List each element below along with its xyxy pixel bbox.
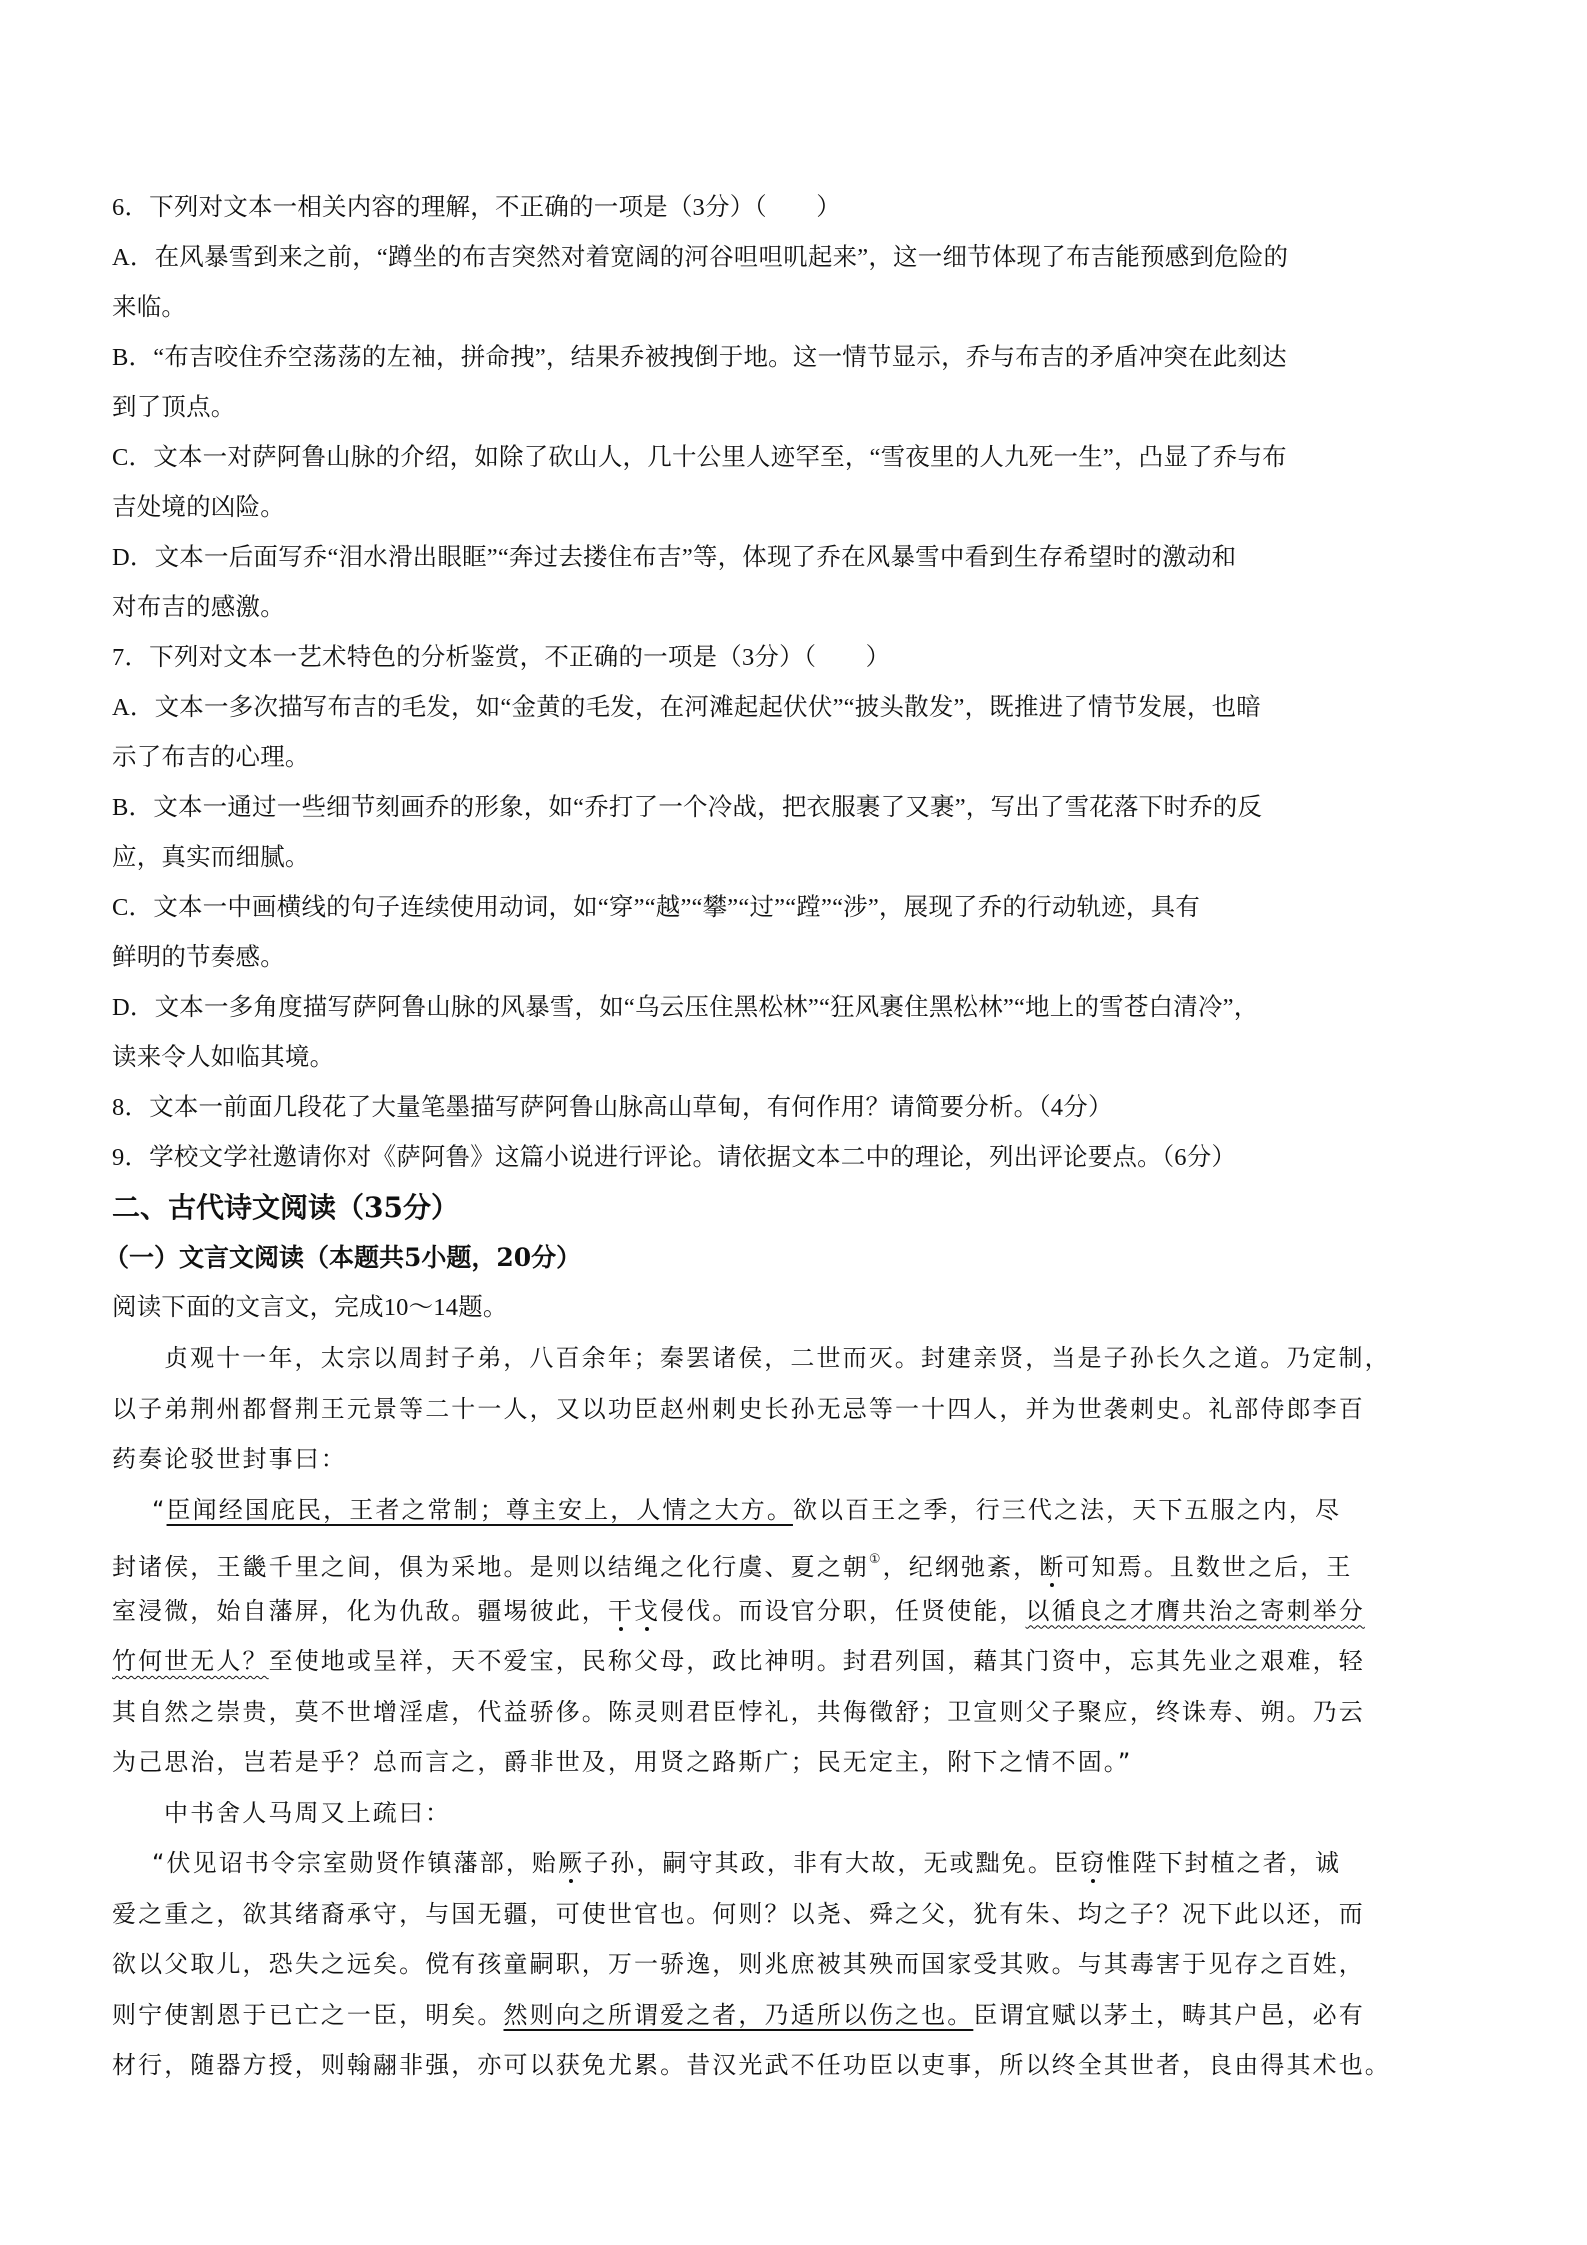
text-run: 封诸侯，王畿千里之间，俱为采地。是则以结绳之化行虞、夏之朝 [112,1553,869,1581]
question-6-option-a-line2: 来临。 [112,283,1474,333]
question-6: 6．下列对文本一相关内容的理解，不正确的一项是（3分）（ ） A．在风暴雪到来之… [112,183,1474,633]
text-run: 侵伐。而设官分职，任贤使能， [660,1597,1025,1625]
section-2-title: 二、古代诗文阅读（35分） [112,1183,1474,1233]
passage-p2-line1: “臣闻经国庇民，王者之常制；尊主安上，人情之大方。欲以百王之季，行三代之法，天下… [112,1485,1474,1536]
passage-p4-line4: 则宁使割恩于已亡之一臣，明矣。然则向之所谓爱之者，乃适所以伤之也。臣谓宜赋以茅土… [112,1990,1474,2041]
question-7-option-b-line2: 应，真实而细腻。 [112,833,1474,883]
question-6-stem: 6．下列对文本一相关内容的理解，不正确的一项是（3分）（ ） [112,183,1474,233]
passage-p1-line1: 贞观十一年，太宗以周封子弟，八百余年；秦罢诸侯，二世而灭。封建亲贤，当是子孙长久… [112,1333,1474,1384]
question-6-option-d-line1: D．文本一后面写乔“泪水滑出眼眶”“奔过去搂住布吉”等，体现了乔在风暴雪中看到生… [112,533,1474,583]
text-run: 室浸微，始自藩屏，化为仇敌。疆埸彼此， [112,1597,608,1625]
text-run: 子孙，嗣守其政，非有大故，无或黜免。臣 [584,1849,1080,1877]
question-6-option-c-line2: 吉处境的凶险。 [112,483,1474,533]
section-2-instruction: 阅读下面的文言文，完成10～14题。 [112,1283,1474,1333]
passage-p2-line6: 为己思治，岂若是乎？总而言之，爵非世及，用贤之路斯广；民无定主，附下之情不固。” [112,1737,1474,1788]
passage-p3-line1: 中书舍人马周又上疏曰： [112,1788,1474,1839]
underlined-sentence-2: 然则向之所谓爱之者，乃适所以伤之也。 [504,2001,974,2029]
text-run: 臣谓宜赋以茅土，畴其户邑，必有 [973,2001,1365,2029]
question-7-option-d-line2: 读来令人如临其境。 [112,1033,1474,1083]
question-6-option-b-line1: B．“布吉咬住乔空荡荡的左袖，拼命拽”，结果乔被拽倒于地。这一情节显示，乔与布吉… [112,333,1474,383]
question-7-option-a-line2: 示了布吉的心理。 [112,733,1474,783]
text-run: ，纪纲弛紊， [883,1553,1040,1581]
question-7-option-c-line1: C．文本一中画横线的句子连续使用动词，如“穿”“越”“攀”“过”“蹚”“涉”，展… [112,883,1474,933]
text-run: 惟陛下封植之者，诚 [1106,1849,1341,1877]
question-6-option-c-line1: C．文本一对萨阿鲁山脉的介绍，如除了砍山人，几十公里人迹罕至，“雪夜里的人九死一… [112,433,1474,483]
emphasis-dotted-char: 戈 [634,1597,660,1625]
question-7-stem: 7．下列对文本一艺术特色的分析鉴赏，不正确的一项是（3分）（ ） [112,633,1474,683]
emphasis-dotted-char: 断 [1039,1553,1065,1581]
emphasis-dotted-char: 干 [608,1597,634,1625]
passage-p2-line5: 其自然之崇贵，莫不世增淫虐，代益骄侈。陈灵则君臣悖礼，共侮徵舒；卫宣则父子聚应，… [112,1687,1474,1738]
footnote-marker-1: ① [869,1552,883,1567]
question-7-option-a-line1: A．文本一多次描写布吉的毛发，如“金黄的毛发，在河滩起起伏伏”“披头散发”，既推… [112,683,1474,733]
question-6-option-b-line2: 到了顶点。 [112,383,1474,433]
question-7-option-b-line1: B．文本一通过一些细节刻画乔的形象，如“乔打了一个冷战，把衣服裹了又裹”，写出了… [112,783,1474,833]
text-run: 欲以百王之季，行三代之法，天下五服之内，尽 [793,1496,1341,1524]
question-7-option-d-line1: D．文本一多角度描写萨阿鲁山脉的风暴雪，如“乌云压住黑松林”“狂风裹住黑松林”“… [112,983,1474,1033]
passage-p4-line5: 材行，随器方授，则翰翮非强，亦可以获免尤累。昔汉光武不任功臣以吏事，所以终全其世… [112,2040,1474,2091]
wavy-underlined-sentence: 以循良之才膺共治之寄刺举分 [1026,1597,1365,1625]
question-7: 7．下列对文本一艺术特色的分析鉴赏，不正确的一项是（3分）（ ） A．文本一多次… [112,633,1474,1083]
passage-p4-line3: 欲以父取儿，恐失之远矣。傥有孩童嗣职，万一骄逸，则兆庶被其殃而国家受其败。与其毒… [112,1939,1474,1990]
open-quote: “ [152,1496,167,1524]
passage-p4-line2: 爱之重之，欲其绪裔承守，与国无疆，可使世官也。何则？以尧、舜之父，犹有朱、均之子… [112,1889,1474,1940]
passage-p2-line4: 竹何世无人？至使地或呈祥，天不爱宝，民称父母，政比神明。封君列国，藉其门资中，忘… [112,1636,1474,1687]
emphasis-dotted-char: 厥 [558,1849,584,1877]
text-run: 至使地或呈祥，天不爱宝，民称父母，政比神明。封君列国，藉其门资中，忘其先业之艰难… [269,1647,1365,1675]
question-6-option-a-line1: A．在风暴雪到来之前，“蹲坐的布吉突然对着宽阔的河谷呾呾叽起来”，这一细节体现了… [112,233,1474,283]
passage-p2-line3: 室浸微，始自藩屏，化为仇敌。疆埸彼此，干戈侵伐。而设官分职，任贤使能，以循良之才… [112,1586,1474,1637]
passage-p1-line3: 药奏论驳世封事曰： [112,1434,1474,1485]
passage-p4-line1: “伏见诏书令宗室勋贤作镇藩部，贻厥子孙，嗣守其政，非有大故，无或黜免。臣窃惟陛下… [112,1838,1474,1889]
passage-p2-line2: 封诸侯，王畿千里之间，俱为采地。是则以结绳之化行虞、夏之朝①，纪纲弛紊，断可知焉… [112,1535,1474,1586]
classical-passage: 贞观十一年，太宗以周封子弟，八百余年；秦罢诸侯，二世而灭。封建亲贤，当是子孙长久… [112,1333,1474,2091]
exam-page: 6．下列对文本一相关内容的理解，不正确的一项是（3分）（ ） A．在风暴雪到来之… [112,183,1474,2091]
text-run: “伏见诏书令宗室勋贤作镇藩部，贻 [152,1849,558,1877]
wavy-underlined-sentence-cont: 竹何世无人？ [112,1647,269,1675]
question-7-option-c-line2: 鲜明的节奏感。 [112,933,1474,983]
underlined-sentence-1: 臣闻经国庇民，王者之常制；尊主安上，人情之大方。 [167,1496,793,1524]
text-run: 可知焉。且数世之后，王 [1065,1553,1352,1581]
question-6-option-d-line2: 对布吉的感激。 [112,583,1474,633]
section-2-subtitle: （一）文言文阅读（本题共5小题，20分） [104,1233,1474,1283]
passage-p1-line2: 以子弟荆州都督荆王元景等二十一人，又以功臣赵州刺史长孙无忌等一十四人，并为世袭刺… [112,1384,1474,1435]
emphasis-dotted-char: 窃 [1080,1849,1106,1877]
text-run: 则宁使割恩于已亡之一臣，明矣。 [112,2001,504,2029]
question-9: 9．学校文学社邀请你对《萨阿鲁》这篇小说进行评论。请依据文本二中的理论，列出评论… [112,1133,1474,1183]
question-8: 8．文本一前面几段花了大量笔墨描写萨阿鲁山脉高山草甸，有何作用？请简要分析。（4… [112,1083,1474,1133]
